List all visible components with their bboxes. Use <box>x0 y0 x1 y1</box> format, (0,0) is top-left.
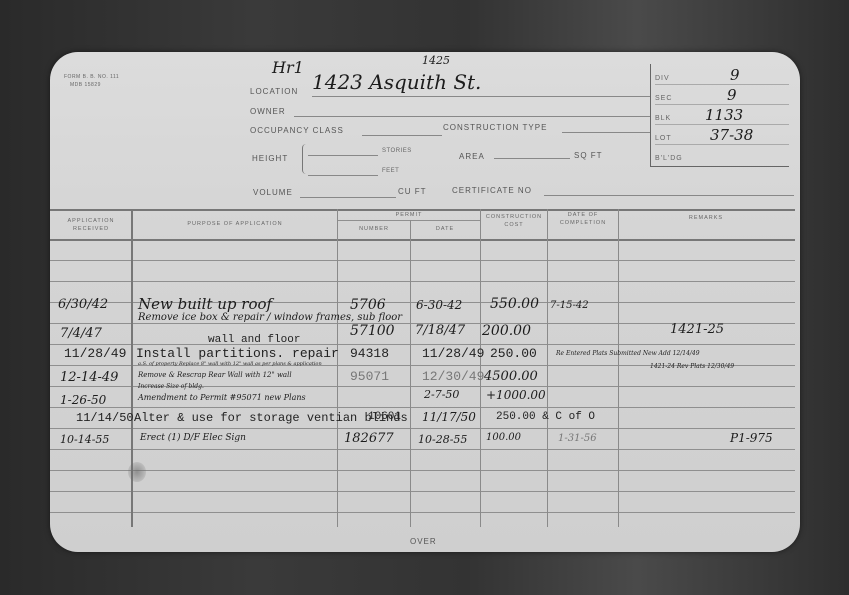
construction-line <box>562 132 650 133</box>
sec-row: SEC 9 <box>655 84 789 105</box>
location-label: LOCATION <box>250 87 298 96</box>
feet-label: FEET <box>382 168 399 174</box>
header-number: NUMBER <box>340 225 408 233</box>
stories-label: STORIES <box>382 148 412 154</box>
header-completion: DATE OF COMPLETION <box>550 211 616 227</box>
volume-label: VOLUME <box>253 188 293 197</box>
header-purpose: PURPOSE OF APPLICATION <box>140 220 330 228</box>
lot-info-box: DIV 9 SEC 9 BLK 1133 LOT 37-38 B'L'DG <box>650 64 789 167</box>
occupancy-class-label: OCCUPANCY CLASS <box>250 126 344 135</box>
form-code: MDB 15829 <box>70 82 101 88</box>
blk-row: BLK 1133 <box>655 104 789 125</box>
ink-smudge <box>128 462 146 482</box>
header-date: DATE <box>412 225 478 233</box>
lot-row: LOT 37-38 <box>655 124 789 145</box>
over-label: OVER <box>410 537 437 546</box>
sqft-label: SQ FT <box>574 151 603 160</box>
feet-line <box>308 175 378 176</box>
area-line <box>494 158 570 159</box>
header-permit: PERMIT <box>340 211 478 219</box>
header-remarks: REMARKS <box>621 214 791 222</box>
area-label: AREA <box>459 152 485 161</box>
header-cost: CONSTRUCTION COST <box>483 213 545 229</box>
construction-type-label: CONSTRUCTION TYPE <box>443 123 547 132</box>
div-row: DIV 9 <box>655 64 789 85</box>
stories-line <box>308 155 378 156</box>
cuft-label: CU FT <box>398 187 427 196</box>
volume-line <box>300 197 396 198</box>
location-line <box>312 96 650 97</box>
header-received: APPLICATION RECEIVED <box>54 217 128 233</box>
occupancy-line <box>362 135 442 136</box>
owner-label: OWNER <box>250 107 286 116</box>
permit-index-card: FORM B. B. No. 111 MDB 15829 Hr1 1425 LO… <box>50 52 800 552</box>
certificate-label: CERTIFICATE NO <box>452 186 532 195</box>
location-annotation: Hr1 <box>272 58 304 77</box>
height-label: HEIGHT <box>252 154 288 163</box>
form-number: FORM B. B. No. 111 <box>64 74 119 80</box>
location-annotation-number: 1425 <box>422 54 450 67</box>
location-value: 1423 Asquith St. <box>312 70 481 94</box>
bldg-row: B'L'DG <box>655 144 789 164</box>
certificate-line <box>544 195 794 196</box>
permit-table: APPLICATION RECEIVED PURPOSE OF APPLICAT… <box>50 209 800 529</box>
owner-line <box>294 116 650 117</box>
height-brace <box>302 144 307 174</box>
